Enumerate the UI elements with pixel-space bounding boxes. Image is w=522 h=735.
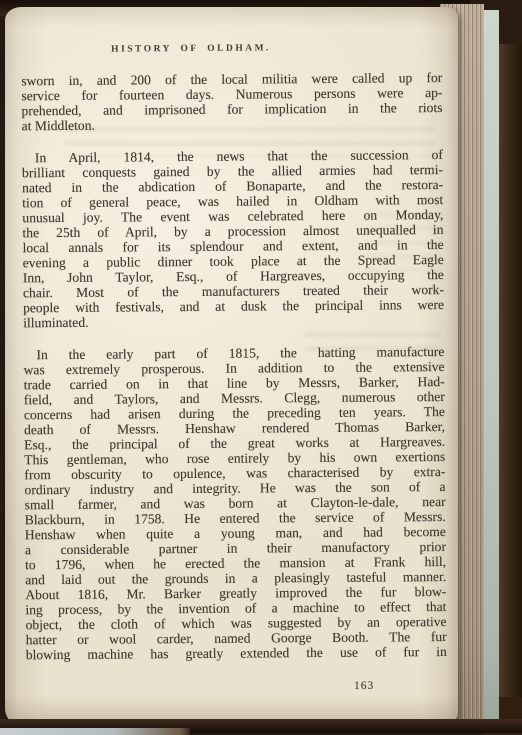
text-layer: HISTORY OF OLDHAM. sworn in, and 200 of …	[21, 41, 447, 662]
page-number: 163	[354, 680, 374, 692]
paragraph: In April, 1814, the news that the succes…	[22, 147, 444, 330]
text-line: illuminated.	[23, 312, 444, 330]
book-page: HISTORY OF OLDHAM. sworn in, and 200 of …	[5, 7, 458, 725]
text-line: blowing machine has greatly extended the…	[26, 644, 447, 662]
text-block: sworn in, and 200 of the local militia w…	[21, 70, 447, 662]
paragraph: sworn in, and 200 of the local militia w…	[21, 70, 442, 133]
paragraph: In the early part of 1815, the hatting m…	[23, 344, 446, 662]
book-cover-right-board	[496, 0, 522, 735]
scanned-book-photo: HISTORY OF OLDHAM. sworn in, and 200 of …	[0, 0, 522, 735]
running-header: HISTORY OF OLDHAM.	[21, 42, 361, 57]
text-line: at Middleton.	[22, 115, 443, 133]
table-surface	[0, 728, 190, 735]
endpaper-strip	[482, 10, 499, 724]
